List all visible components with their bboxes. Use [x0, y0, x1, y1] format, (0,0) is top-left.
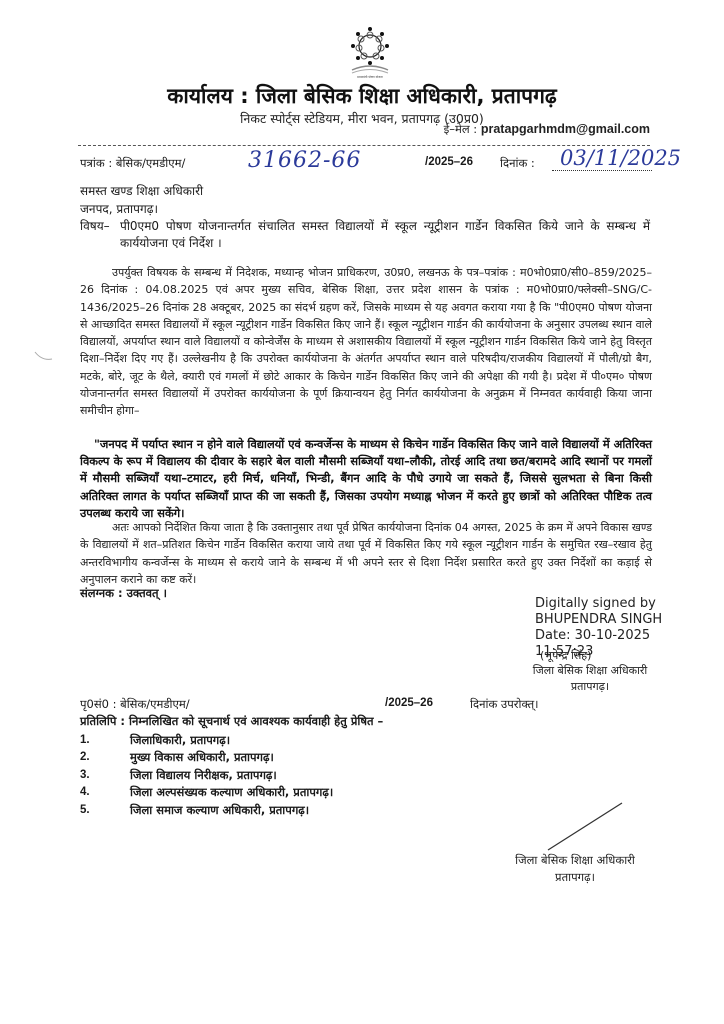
- signatory-name: (भूपेन्द्र सिंह): [540, 648, 591, 663]
- date-handwritten: 03/11/2025: [560, 146, 681, 170]
- subject: विषय– पी0एम0 पोषण योजनान्तर्गत संचालित स…: [80, 218, 650, 252]
- signatory-designation-block: जिला बेसिक शिक्षा अधिकारी प्रतापगढ़।: [510, 663, 670, 695]
- addressee: समस्त खण्ड शिक्षा अधिकारी जनपद, प्रतापगढ…: [80, 182, 203, 218]
- date-label: दिनांक :: [500, 156, 535, 171]
- body-paragraph-2-directive: "जनपद में पर्याप्त स्थान न होने वाले विद…: [80, 436, 652, 522]
- signatory-designation: जिला बेसिक शिक्षा अधिकारी: [510, 663, 670, 679]
- copy-signature-designation: जिला बेसिक शिक्षा अधिकारी: [490, 852, 660, 869]
- recipient-text: मुख्य विकास अधिकारी, प्रतापगढ़।: [130, 750, 274, 764]
- copy-intro: प्रतिलिपि : निम्नलिखित को सूचनार्थ एवं आ…: [80, 714, 383, 729]
- pen-stroke-mark: [540, 800, 630, 859]
- list-number: 3.: [80, 767, 90, 784]
- recipient-text: जिला अल्पसंख्यक कल्याण अधिकारी, प्रतापगढ…: [130, 785, 333, 799]
- list-item: 4.जिला अल्पसंख्यक कल्याण अधिकारी, प्रताप…: [80, 784, 333, 801]
- copy-recipients-list: 1.जिलाधिकारी, प्रतापगढ़। 2.मुख्य विकास अ…: [80, 732, 333, 819]
- addressee-line-1: समस्त खण्ड शिक्षा अधिकारी: [80, 182, 203, 200]
- body-paragraph-3: अतः आपको निर्देशित किया जाता है कि उक्ता…: [80, 519, 652, 588]
- margin-scan-mark: [34, 348, 54, 367]
- logo-caption: प्रधानमंत्री पोषण योजना: [346, 76, 394, 79]
- copy-reference-year: /2025–26: [385, 697, 433, 709]
- digital-signature-date: Date: 30-10-2025: [535, 628, 662, 644]
- copy-signature-place: प्रतापगढ़।: [490, 869, 660, 886]
- addressee-line-2: जनपद, प्रतापगढ़।: [80, 200, 203, 218]
- subject-text: पी0एम0 पोषण योजनान्तर्गत संचालित समस्त व…: [80, 218, 650, 252]
- list-item: 1.जिलाधिकारी, प्रतापगढ़।: [80, 732, 333, 749]
- copy-signature-block: जिला बेसिक शिक्षा अधिकारी प्रतापगढ़।: [490, 852, 660, 886]
- reference-label: पत्रांक : बेसिक/एमडीएम/: [80, 156, 185, 171]
- signatory-place: प्रतापगढ़।: [510, 679, 670, 695]
- digital-signature-signer: BHUPENDRA SINGH: [535, 612, 662, 628]
- list-number: 1.: [80, 732, 90, 749]
- email-label: ई–मेल :: [444, 122, 481, 136]
- list-item: 5.जिला समाज कल्याण अधिकारी, प्रतापगढ़।: [80, 802, 333, 819]
- email-line: ई–मेल : pratapgarhmdm@gmail.com: [444, 122, 650, 137]
- email-address[interactable]: pratapgarhmdm@gmail.com: [481, 122, 650, 136]
- body-paragraph-1: उपर्युक्त विषयक के सम्बन्ध में निदेशक, म…: [80, 264, 652, 420]
- list-item: 3.जिला विद्यालय निरीक्षक, प्रतापगढ़।: [80, 767, 333, 784]
- list-number: 5.: [80, 802, 90, 819]
- list-number: 4.: [80, 784, 90, 801]
- pm-poshan-logo-icon: [348, 26, 392, 78]
- subject-label: विषय–: [80, 218, 110, 235]
- list-number: 2.: [80, 749, 90, 766]
- digital-signature-line-1: Digitally signed by: [535, 596, 662, 612]
- reference-year: /2025–26: [425, 156, 473, 168]
- list-item: 2.मुख्य विकास अधिकारी, प्रतापगढ़।: [80, 749, 333, 766]
- copy-reference-date: दिनांक उपरोक्त्।: [470, 697, 539, 712]
- enclosure-note: संलग्नक : उक्तवत् ।: [80, 586, 167, 601]
- recipient-text: जिलाधिकारी, प्रतापगढ़।: [130, 733, 230, 747]
- recipient-text: जिला विद्यालय निरीक्षक, प्रतापगढ़।: [130, 768, 277, 782]
- recipient-text: जिला समाज कल्याण अधिकारी, प्रतापगढ़।: [130, 803, 309, 817]
- office-title: कार्यालय : जिला बेसिक शिक्षा अधिकारी, प्…: [0, 82, 724, 110]
- reference-row: पत्रांक : बेसिक/एमडीएम/ 31662-66 /2025–2…: [80, 152, 700, 178]
- copy-reference-label: पृ0सं0 : बेसिक/एमडीएम/: [80, 697, 190, 712]
- reference-number-handwritten: 31662-66: [248, 148, 361, 173]
